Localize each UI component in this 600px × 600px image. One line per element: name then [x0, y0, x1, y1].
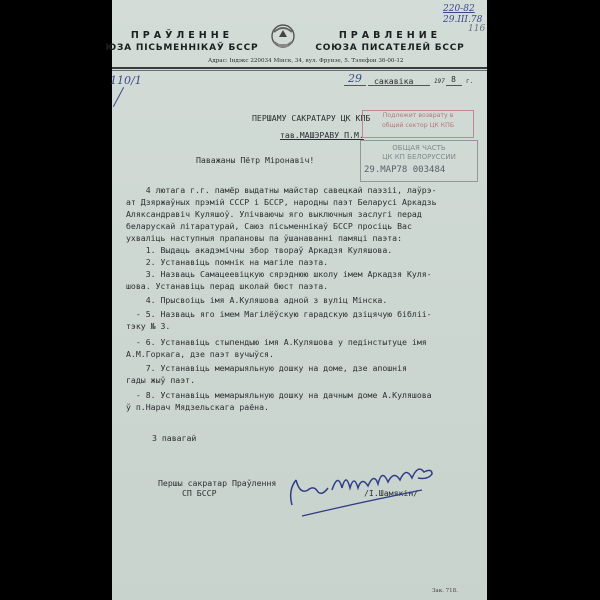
letterhead-left-subtitle: ЮЗА ПІСЬМЕННІКАЎ БССР — [102, 43, 262, 53]
date-day: 29 — [348, 72, 362, 85]
proposal-item-3-cont: шова. Устанавіць перад школай бюст паэта… — [126, 281, 328, 291]
letterhead-belarusian: ПРАЎЛЕННЕ ЮЗА ПІСЬМЕННІКАЎ БССР — [102, 30, 262, 53]
date-year-suffix: 8 — [451, 74, 456, 84]
registry-stamp-line1: ОБЩАЯ ЧАСТЬ — [361, 144, 477, 153]
letterhead-right-subtitle: СОЮЗА ПИСАТЕЛЕЙ БССР — [300, 43, 480, 53]
letterhead-address: Адрас: Індэкс 220034 Мінск, 34, вул. Фру… — [208, 58, 404, 64]
proposal-item-7-cont: гады жыў паэт. — [126, 375, 195, 385]
proposal-item-5-cont: тэку № 3. — [126, 321, 170, 331]
body-line: 4 лютага г.г. памёр выдатны майстар саве… — [126, 185, 437, 195]
signatory-title: Першы сакратар Праўлення — [158, 478, 276, 488]
proposal-item-6-cont: А.М.Горкага, дзе паэт вучыўся. — [126, 349, 274, 359]
letter-page: ПРАЎЛЕННЕ ЮЗА ПІСЬМЕННІКАЎ БССР ПРАВЛЕНИ… — [112, 0, 487, 600]
letterhead-left-title: ПРАЎЛЕННЕ — [102, 30, 262, 41]
return-stamp: Подлежит возврату в общий сектор ЦК КПБ — [362, 110, 474, 138]
archive-page-number: 116 — [468, 24, 485, 34]
proposal-item-5: - 5. Назваць яго імем Магілёўскую гарадс… — [126, 309, 432, 319]
body-line: Аляксандравіч Куляшоў. Улічваючы яго вык… — [126, 209, 422, 219]
header-divider — [112, 67, 487, 69]
proposal-item-6: - 6. Устанавіць стыпендыю імя А.Куляшова… — [126, 337, 427, 347]
return-stamp-line1: Подлежит возврату в — [363, 111, 473, 121]
handwritten-signature — [282, 450, 447, 520]
proposal-item-4: 4. Прысвоіць імя А.Куляшова адной з вулі… — [126, 295, 387, 305]
registry-stamp: ОБЩАЯ ЧАСТЬ ЦК КП БЕЛОРУССИИ — [360, 140, 478, 182]
body-line: беларускай літаратурай, Саюз пісьменніка… — [126, 221, 412, 231]
date-year-line — [446, 85, 462, 86]
addressee-name: тав.МАШЭРАВУ П.М. — [280, 130, 364, 140]
body-line: ат Дзяржаўных прэмій СССР і БССР, народн… — [126, 197, 437, 207]
emblem-icon — [270, 22, 296, 52]
body-line: ухваліць наступныя прапановы па ўшанаван… — [126, 233, 402, 243]
return-stamp-line2: общий сектор ЦК КПБ — [363, 121, 473, 131]
header-divider-thin — [112, 70, 487, 71]
registration-slash — [113, 87, 124, 107]
letterhead-right-title: ПРАВЛЕНИЕ — [300, 30, 480, 41]
proposal-item-1: 1. Выдаць акадэмічны збор твораў Аркадзя… — [126, 245, 392, 255]
registration-number: 110/1 — [110, 74, 142, 87]
addressee-title: ПЕРШАМУ САКРАТАРУ ЦК КПБ — [252, 113, 370, 123]
archive-number-1: 220-82 — [443, 4, 475, 14]
closing: З павагай — [152, 433, 196, 443]
proposal-item-7: 7. Устанавіць мемарыяльную дошку на доме… — [126, 363, 407, 373]
proposal-item-3: 3. Назваць Самацеевіцкую сярэднюю школу … — [126, 269, 432, 279]
signatory-organization: СП БССР — [182, 488, 217, 498]
proposal-item-8: - 8. Устанавіць мемарыяльную дошку на да… — [126, 390, 432, 400]
date-day-line — [344, 85, 366, 86]
registry-stamp-line2: ЦК КП БЕЛОРУССИИ — [361, 153, 477, 162]
date-year-prefix: 197 — [434, 78, 445, 85]
proposal-item-2: 2. Устанавіць помнік на магіле паэта. — [126, 257, 328, 267]
print-order-number: Зак. 718. — [432, 588, 458, 594]
registry-stamp-number: 29.МАР78 003484 — [364, 165, 445, 175]
greeting: Паважаны Пётр Міронавіч! — [196, 155, 314, 165]
date-month-line — [368, 85, 430, 86]
letterhead-russian: ПРАВЛЕНИЕ СОЮЗА ПИСАТЕЛЕЙ БССР — [300, 30, 480, 53]
proposal-item-8-cont: ў п.Нарач Мядзельскага раёна. — [126, 402, 269, 412]
date-year-unit: г. — [466, 78, 473, 85]
